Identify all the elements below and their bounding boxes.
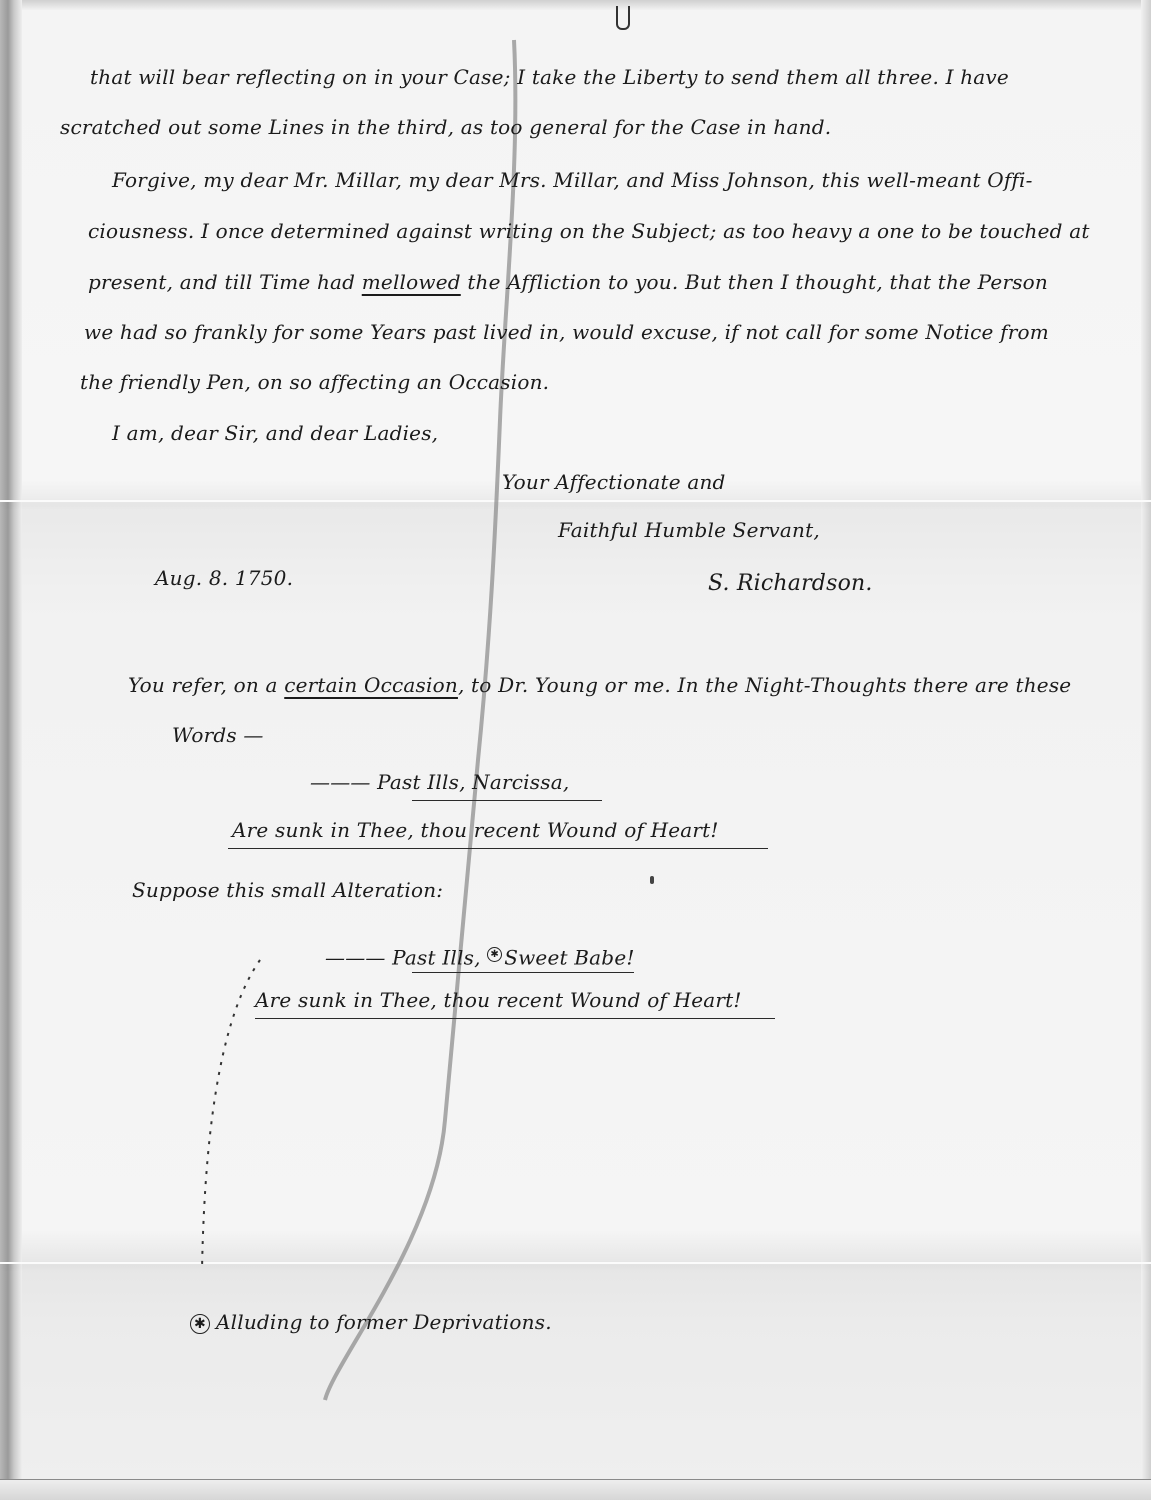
footnote: ✱Alluding to former Deprivations. xyxy=(190,1312,552,1334)
quote2-line-2: Are sunk in Thee, thou recent Wound of H… xyxy=(255,990,742,1010)
letter-line-5-end: the Affliction to you. But then I though… xyxy=(467,270,1048,294)
alteration-label: Suppose this small Alteration: xyxy=(132,880,443,900)
letter-salutation: I am, dear Sir, and dear Ladies, xyxy=(112,423,438,443)
quote1-underline-2 xyxy=(228,848,768,849)
letter-line-5-start: present, and till Time had xyxy=(88,270,355,294)
footnote-text: Alluding to former Deprivations. xyxy=(216,1310,552,1334)
quote1-underline-1 xyxy=(412,800,602,801)
fold-crease-lower xyxy=(0,1262,1151,1264)
postscript-intro-start: You refer, on a xyxy=(128,673,278,697)
top-ink-mark xyxy=(616,6,630,30)
fold-crease-upper xyxy=(0,500,1151,502)
paper-top-edge xyxy=(0,0,1151,10)
manuscript-page: that will bear reflecting on in your Cas… xyxy=(0,0,1151,1500)
quote1-line-2: Are sunk in Thee, thou recent Wound of H… xyxy=(232,820,719,840)
signature: S. Richardson. xyxy=(708,573,873,595)
quote2-underline-1 xyxy=(412,972,634,973)
asterisk-circle-icon: ✱ xyxy=(487,947,502,962)
postscript-line-1: You refer, on a certain Occasion, to Dr.… xyxy=(128,675,1071,695)
quote2-text-post: Sweet Babe! xyxy=(504,946,634,970)
quote2-line-1: ——— Past Ills, ✱Sweet Babe! xyxy=(325,947,635,968)
letter-date: Aug. 8. 1750. xyxy=(155,568,293,588)
paper-right-edge xyxy=(1141,0,1151,1500)
underlined-word-mellowed: mellowed xyxy=(362,270,461,294)
letter-line-3: Forgive, my dear Mr. Millar, my dear Mrs… xyxy=(112,170,1033,190)
paper-bottom-edge xyxy=(0,1479,1151,1500)
quote2-text-pre: Past Ills, xyxy=(392,946,480,970)
postscript-intro-end: , to Dr. Young or me. In the Night-Thoug… xyxy=(458,673,1071,697)
quote1-line-1: ——— Past Ills, Narcissa, xyxy=(310,772,569,792)
letter-line-5: present, and till Time had mellowed the … xyxy=(88,272,1048,292)
quote1-text-1: Past Ills, Narcissa, xyxy=(377,770,569,794)
letter-line-1: that will bear reflecting on in your Cas… xyxy=(90,67,1009,87)
underlined-certain-occasion: certain Occasion xyxy=(284,673,458,697)
letter-line-2: scratched out some Lines in the third, a… xyxy=(60,117,831,137)
closing-line-2: Faithful Humble Servant, xyxy=(558,520,820,540)
closing-line-1: Your Affectionate and xyxy=(502,472,726,492)
postscript-line-2: Words — xyxy=(172,725,264,745)
quote2-underline-2 xyxy=(255,1018,775,1019)
paper-left-edge xyxy=(0,0,22,1500)
quote1-dash: ——— xyxy=(310,770,371,794)
letter-line-7: the friendly Pen, on so affecting an Occ… xyxy=(80,372,549,392)
ink-speck xyxy=(650,876,654,884)
letter-line-6: we had so frankly for some Years past li… xyxy=(84,322,1049,342)
quote2-dash: ——— xyxy=(325,946,386,970)
letter-line-4: ciousness. I once determined against wri… xyxy=(88,221,1090,241)
asterisk-circle-icon: ✱ xyxy=(190,1314,210,1334)
